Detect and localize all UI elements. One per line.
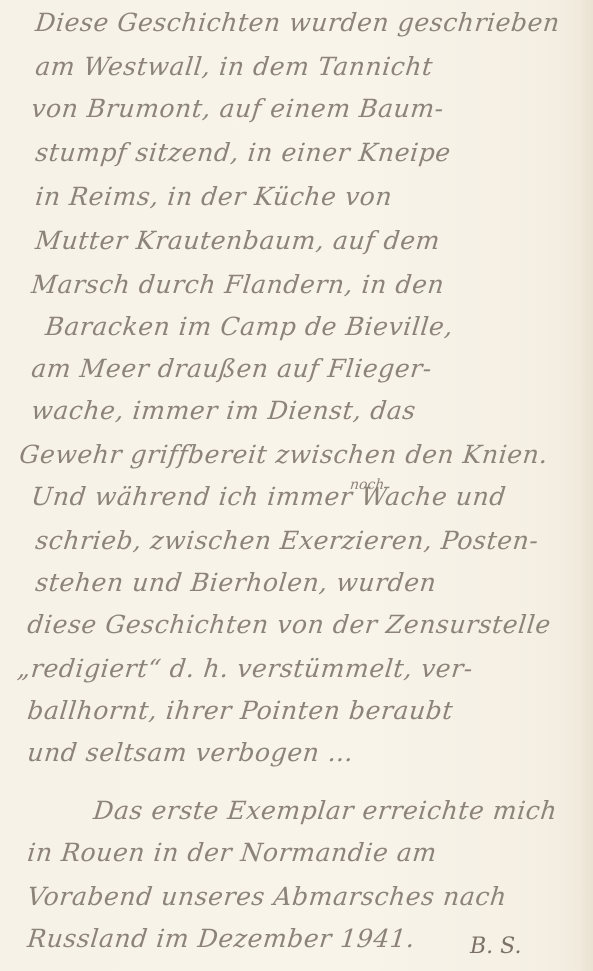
handwritten-line: Mutter Krautenbaum, auf dem — [34, 226, 442, 255]
handwritten-line: Und während ich immer Wache und — [30, 482, 508, 511]
handwritten-line: Marsch durch Flandern, in den — [30, 270, 446, 299]
handwritten-line: „redigiert“ d. h. verstümmelt, ver- — [16, 654, 474, 683]
handwritten-line: schrieb, zwischen Exerzieren, Posten- — [34, 526, 540, 555]
handwritten-line: ballhornt, ihrer Pointen beraubt — [26, 696, 455, 725]
handwritten-line: stehen und Bierholen, wurden — [34, 568, 438, 597]
handwritten-line: Baracken im Camp de Bieville, — [44, 312, 455, 341]
signature-initials: B. S. — [470, 934, 521, 959]
handwritten-line: Russland im Dezember 1941. — [26, 924, 417, 953]
handwritten-line: und seltsam verbogen … — [26, 738, 355, 767]
handwritten-line: in Reims, in der Küche von — [34, 182, 394, 211]
handwritten-line: Das erste Exemplar erreichte mich — [92, 796, 559, 825]
handwritten-line: am Westwall, in dem Tannicht — [34, 52, 434, 81]
handwritten-line: Diese Geschichten wurden geschrieben — [34, 8, 561, 37]
handwritten-line: am Meer draußen auf Flieger- — [30, 354, 434, 383]
handwritten-line: wache, immer im Dienst, das — [30, 396, 418, 425]
handwritten-line: in Rouen in der Normandie am — [26, 838, 438, 867]
handwritten-line: diese Geschichten von der Zensurstelle — [26, 610, 552, 639]
handwritten-line: von Brumont, auf einem Baum- — [30, 94, 445, 123]
handwritten-page: Diese Geschichten wurden geschriebenam W… — [0, 0, 593, 971]
handwritten-line: stumpf sitzend, in einer Kneipe — [34, 138, 452, 167]
handwritten-line: Gewehr griffbereit zwischen den Knien. — [18, 440, 550, 469]
interlinear-insertion: noch — [349, 477, 385, 493]
handwritten-line: Vorabend unseres Abmarsches nach — [26, 882, 508, 911]
